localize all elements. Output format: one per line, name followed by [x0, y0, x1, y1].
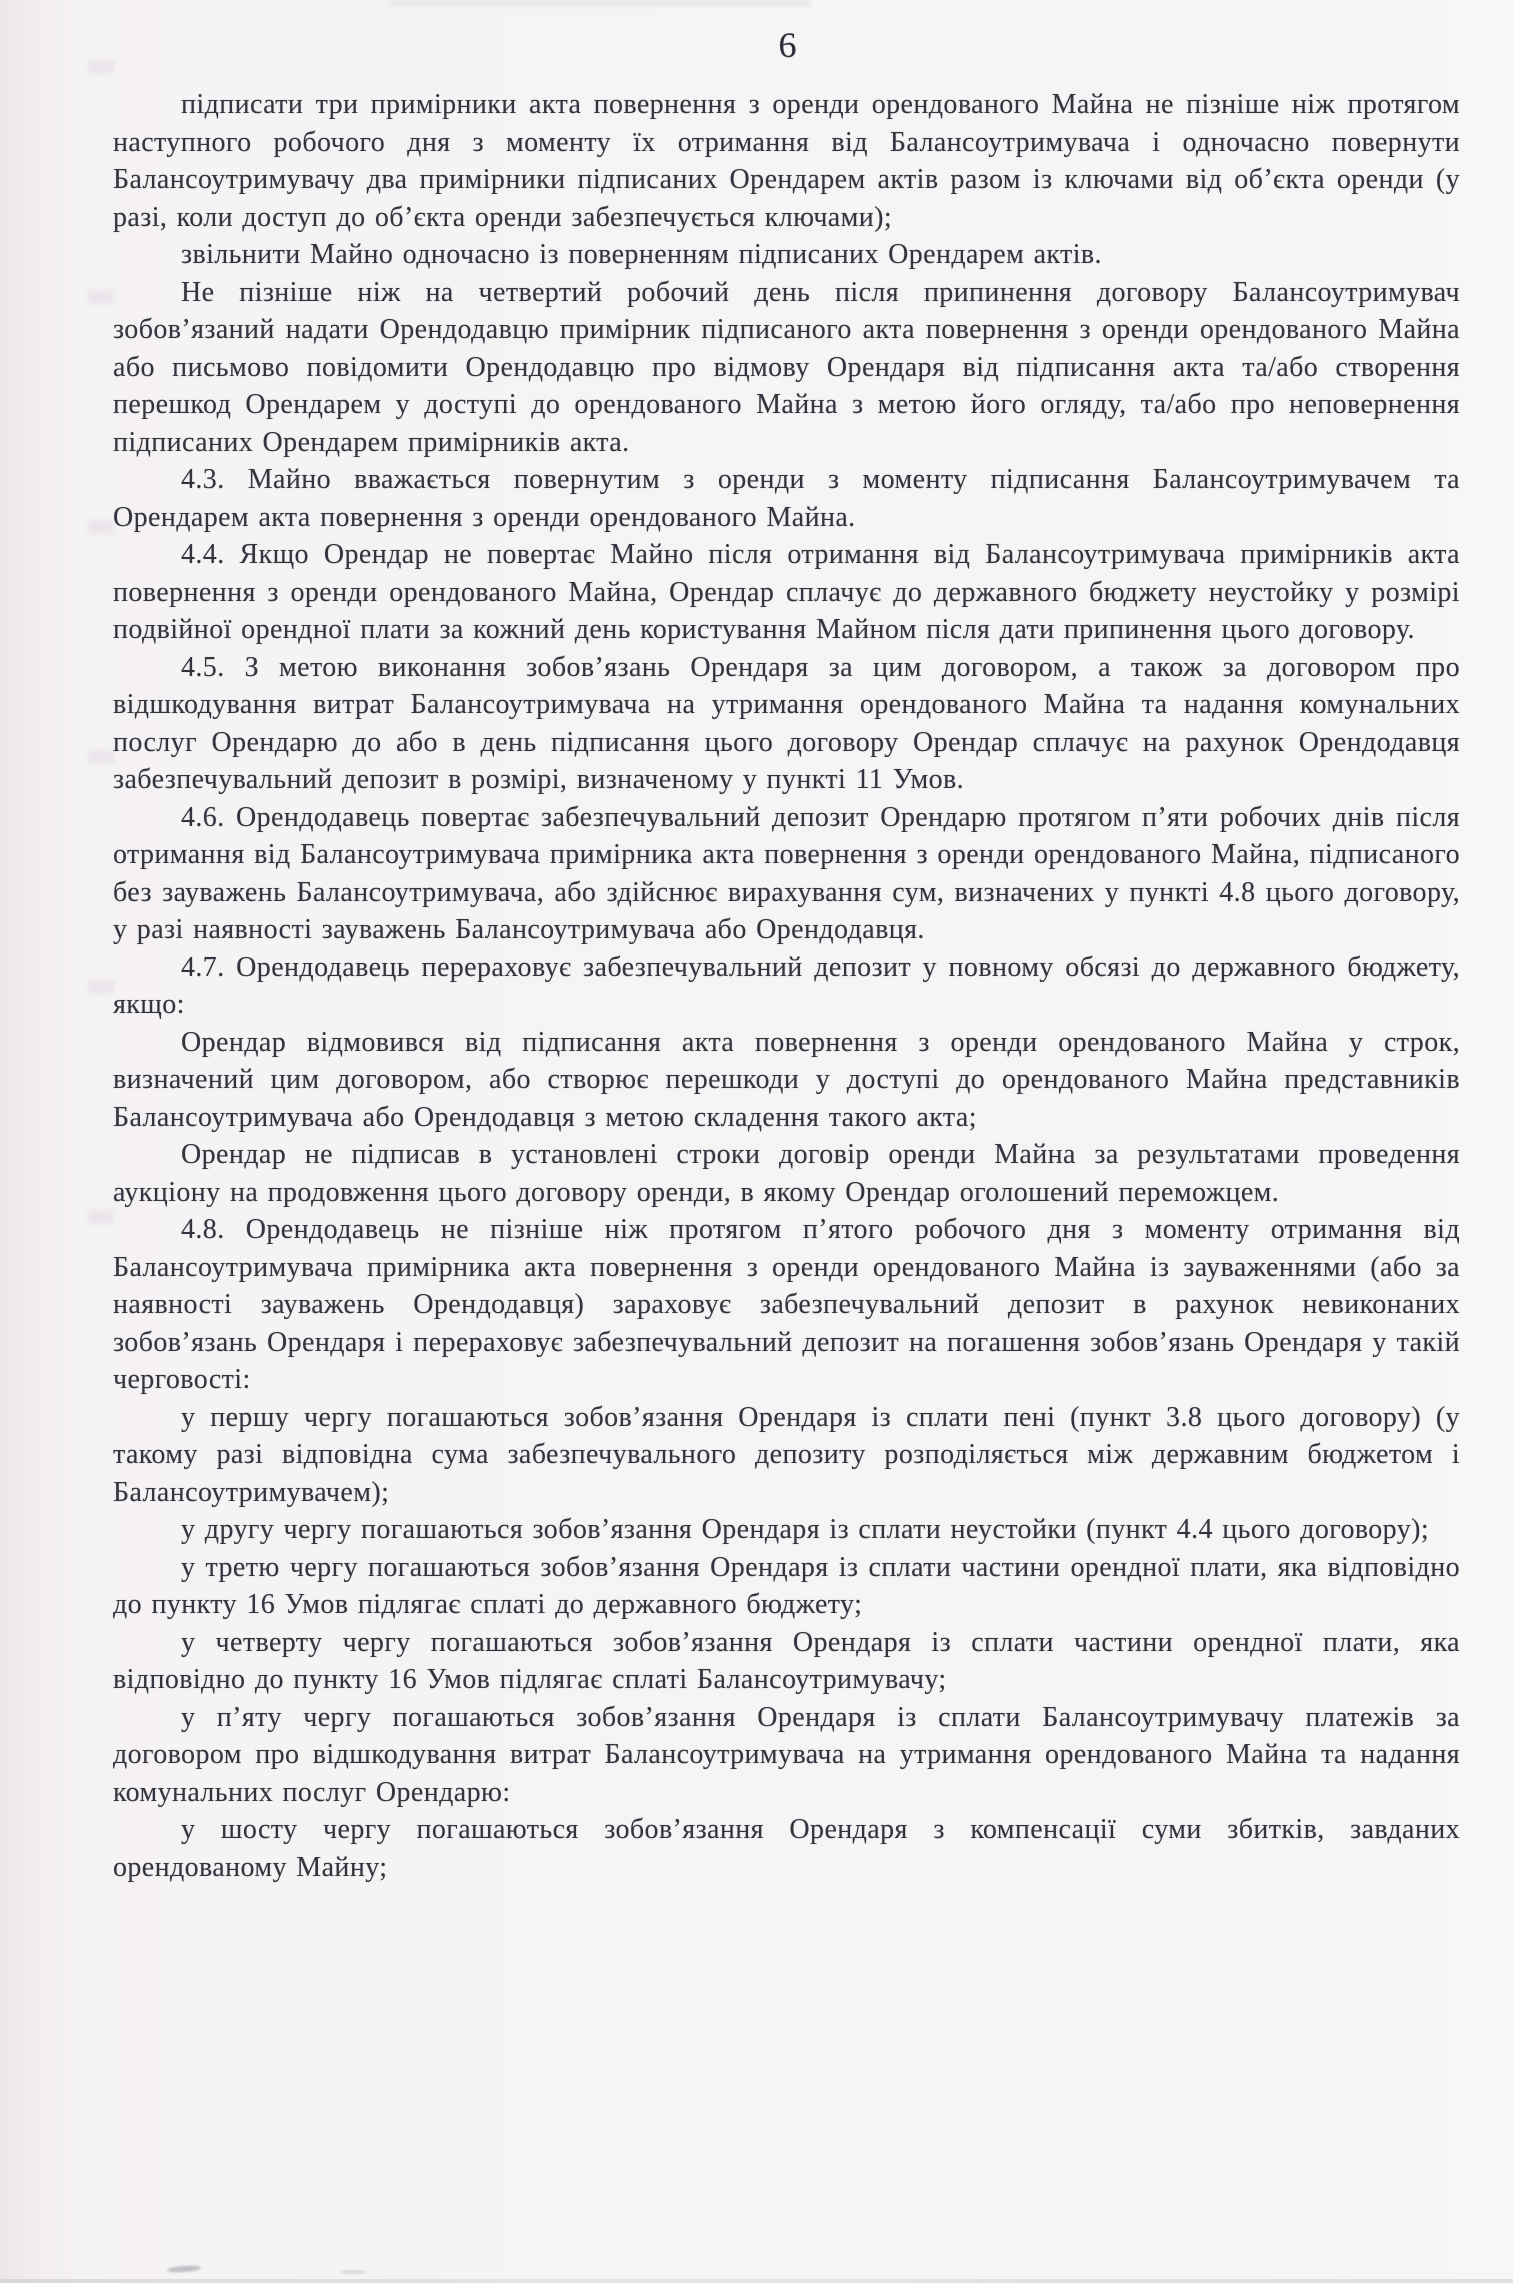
paragraph-4-5: 4.5. З метою виконання зобов’язань Оренд…	[113, 649, 1460, 799]
scan-bleedthrough-band	[88, 60, 114, 1360]
scanned-document-page: 6 підписати три примірники акта повернен…	[0, 0, 1513, 2283]
paragraph-4-3: 4.3. Майно вважається повернутим з оренд…	[113, 461, 1460, 536]
paragraph: у третю чергу погашаються зобов’язання О…	[113, 1549, 1460, 1624]
scan-artifact-smudge	[340, 2270, 366, 2274]
paragraph: у четверту чергу погашаються зобов’язанн…	[113, 1624, 1460, 1699]
page-number: 6	[0, 24, 1513, 66]
paragraph-4-4: 4.4. Якщо Орендар не повертає Майно післ…	[113, 536, 1460, 649]
paragraph-4-6: 4.6. Орендодавець повертає забезпечуваль…	[113, 799, 1460, 949]
paragraph: у шосту чергу погашаються зобов’язання О…	[113, 1811, 1460, 1886]
paragraph: у другу чергу погашаються зобов’язання О…	[113, 1511, 1460, 1549]
document-body: підписати три примірники акта повернення…	[113, 86, 1460, 1886]
paragraph: у першу чергу погашаються зобов’язання О…	[113, 1399, 1460, 1512]
paragraph: Не пізніше ніж на четвертий робочий день…	[113, 274, 1460, 462]
paragraph: у п’яту чергу погашаються зобов’язання О…	[113, 1699, 1460, 1812]
paragraph: Орендар відмовився від підписання акта п…	[113, 1024, 1460, 1137]
paragraph: звільнити Майно одночасно із поверненням…	[113, 236, 1460, 274]
paragraph: Орендар не підписав в установлені строки…	[113, 1136, 1460, 1211]
paragraph: підписати три примірники акта повернення…	[113, 86, 1460, 236]
paragraph-4-7: 4.7. Орендодавець перераховує забезпечув…	[113, 949, 1460, 1024]
scan-artifact-smudge	[167, 2265, 201, 2273]
scan-edge-shadow	[0, 2279, 1513, 2283]
scan-artifact-top	[390, 0, 810, 6]
paragraph-4-8: 4.8. Орендодавець не пізніше ніж протяго…	[113, 1211, 1460, 1399]
